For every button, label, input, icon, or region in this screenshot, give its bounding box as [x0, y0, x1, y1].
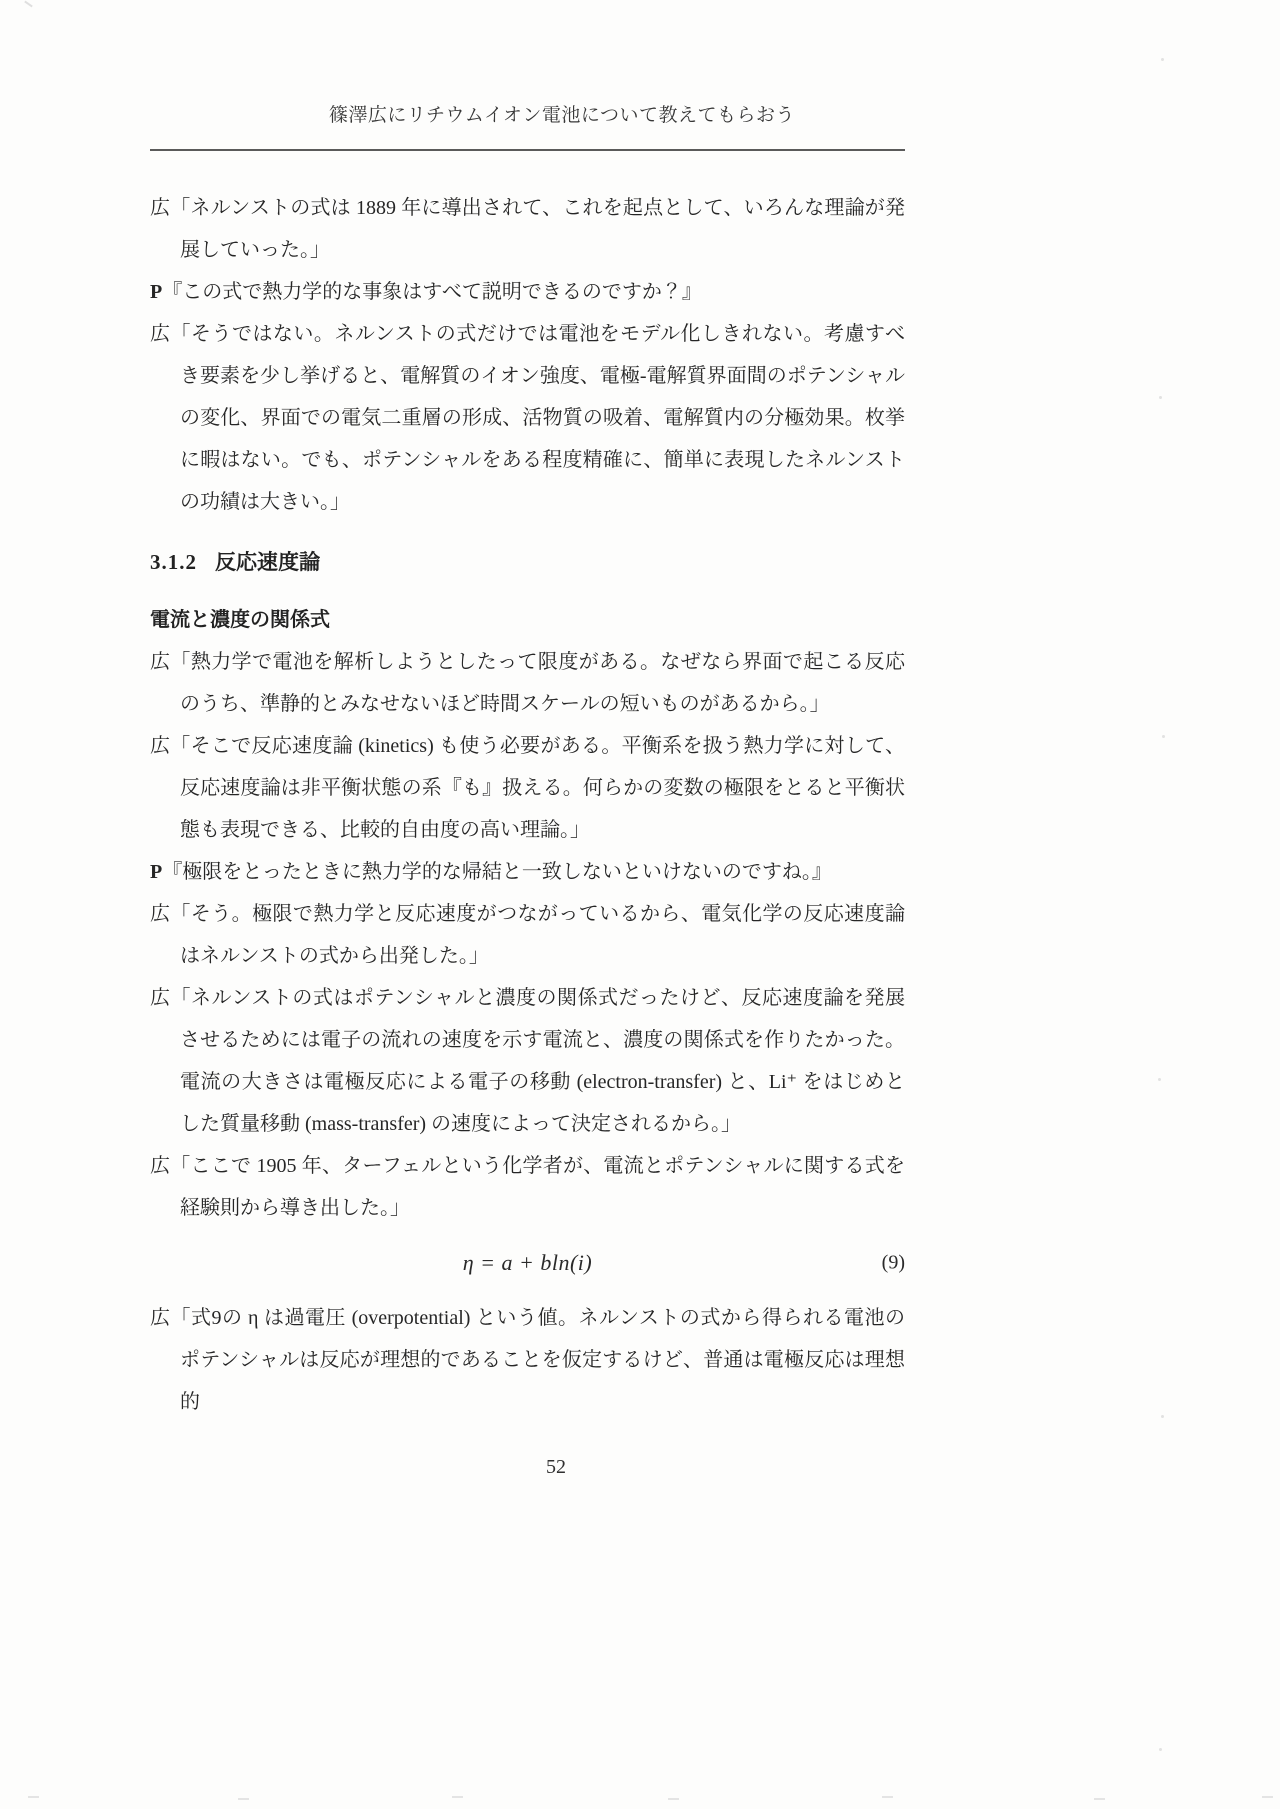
- scan-artifact: [1159, 396, 1162, 399]
- page-number: 52: [546, 1456, 566, 1479]
- speaker-label: P: [150, 861, 162, 883]
- utterance-text: 「ネルンストの式は 1889 年に導出されて、これを起点として、いろんな理論が発…: [170, 197, 905, 261]
- dialogue-paragraph: 広「ネルンストの式は 1889 年に導出されて、これを起点として、いろんな理論が…: [150, 187, 905, 271]
- dialogue-paragraph: 広「そうではない。ネルンストの式だけでは電池をモデル化しきれない。考慮すべき要素…: [150, 313, 905, 523]
- utterance-text: 「ネルンストの式はポテンシャルと濃度の関係式だったけど、反応速度論を発展させるた…: [171, 987, 906, 1135]
- section-title: 反応速度論: [215, 550, 320, 574]
- equation-block: η = a + bln(i) (9): [150, 1241, 905, 1285]
- speaker-label: 広: [150, 651, 170, 673]
- dialogue-paragraph: P『極限をとったときに熱力学的な帰結と一致しないといけないのですね。』: [150, 851, 905, 893]
- utterance-text: 「そうではない。ネルンストの式だけでは電池をモデル化しきれない。考慮すべき要素を…: [171, 323, 906, 513]
- utterance-text: 『この式で熱力学的な事象はすべて説明できるのですか？』: [162, 281, 702, 303]
- dialogue-paragraph: P『この式で熱力学的な事象はすべて説明できるのですか？』: [150, 271, 905, 313]
- scan-artifact: [1094, 1798, 1105, 1800]
- subsection-heading: 電流と濃度の関係式: [150, 605, 905, 635]
- speaker-label: 広: [150, 735, 170, 757]
- dialogue-paragraph: 広「そう。極限で熱力学と反応速度がつながっているから、電気化学の反応速度論はネル…: [150, 893, 905, 977]
- dialogue-paragraph: 広「そこで反応速度論 (kinetics) も使う必要がある。平衡系を扱う熱力学…: [150, 725, 905, 851]
- speaker-label: 広: [150, 1155, 170, 1177]
- scan-artifact: [238, 1798, 249, 1800]
- scan-artifact: [1159, 1748, 1162, 1751]
- header-rule: [150, 149, 905, 151]
- utterance-text: 「そう。極限で熱力学と反応速度がつながっているから、電気化学の反応速度論はネルン…: [170, 903, 905, 967]
- scan-artifact: [24, 1, 33, 8]
- text-column: 篠澤広にリチウムイオン電池について教えてもらおう 広「ネルンストの式は 1889…: [150, 0, 905, 1423]
- speaker-label: 広: [150, 987, 171, 1009]
- dialogue-paragraph: 広「ネルンストの式はポテンシャルと濃度の関係式だったけど、反応速度論を発展させる…: [150, 977, 905, 1145]
- speaker-label: 広: [150, 323, 171, 345]
- equation-formula: η = a + bln(i): [463, 1250, 592, 1276]
- utterance-text: 「式9の η は過電圧 (overpotential) という値。ネルンストの式…: [171, 1307, 905, 1413]
- scan-artifact: [28, 1796, 39, 1798]
- running-header: 篠澤広にリチウムイオン電池について教えてもらおう: [150, 103, 905, 129]
- section-number: 3.1.2: [150, 550, 197, 574]
- dialogue-paragraph: 広「熱力学で電池を解析しようとしたって限度がある。なぜなら界面で起こる反応のうち…: [150, 641, 905, 725]
- scan-artifact: [1158, 1078, 1161, 1081]
- equation-number: (9): [882, 1252, 905, 1275]
- speaker-label: 広: [150, 1307, 171, 1329]
- scan-artifact: [1161, 1415, 1164, 1418]
- utterance-text: 「熱力学で電池を解析しようとしたって限度がある。なぜなら界面で起こる反応のうち、…: [170, 651, 905, 715]
- scan-artifact: [1162, 735, 1165, 738]
- utterance-text: 「ここで 1905 年、ターフェルという化学者が、電流とポテンシャルに関する式を…: [170, 1155, 905, 1219]
- scan-artifact: [1161, 58, 1164, 61]
- speaker-label: 広: [150, 903, 170, 925]
- document-page: 篠澤広にリチウムイオン電池について教えてもらおう 広「ネルンストの式は 1889…: [0, 0, 1280, 1809]
- utterance-text: 『極限をとったときに熱力学的な帰結と一致しないといけないのですね。』: [162, 861, 832, 883]
- speaker-label: P: [150, 281, 162, 303]
- utterance-text: 「そこで反応速度論 (kinetics) も使う必要がある。平衡系を扱う熱力学に…: [170, 735, 905, 841]
- dialogue-paragraph: 広「式9の η は過電圧 (overpotential) という値。ネルンストの…: [150, 1297, 905, 1423]
- scan-artifact: [882, 1796, 893, 1798]
- scan-artifact: [668, 1798, 679, 1800]
- scan-artifact: [452, 1796, 463, 1798]
- speaker-label: 広: [150, 197, 170, 219]
- dialogue-paragraph: 広「ここで 1905 年、ターフェルという化学者が、電流とポテンシャルに関する式…: [150, 1145, 905, 1229]
- section-heading: 3.1.2反応速度論: [150, 547, 905, 577]
- scan-artifact: [1262, 1796, 1273, 1798]
